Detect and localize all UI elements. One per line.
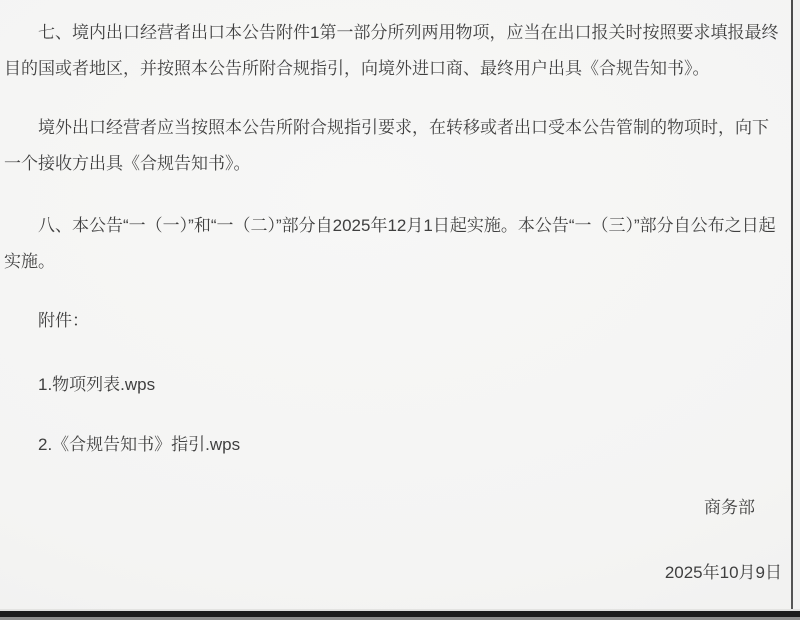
- attachment-item-2: 2.《合规告知书》指引.wps: [4, 427, 782, 463]
- attachments-label: 附件：: [4, 303, 782, 339]
- photo-right-edge-line: [791, 0, 793, 612]
- attachment-item-1: 1.物项列表.wps: [4, 367, 782, 403]
- issuer-signature: 商务部: [704, 490, 755, 526]
- paragraph-article-7: 七、境内出口经营者出口本公告附件1第一部分所列两用物项，应当在出口报关时按照要求…: [4, 15, 782, 87]
- issue-date: 2025年10月9日: [665, 555, 782, 591]
- document-photo-page: 七、境内出口经营者出口本公告附件1第一部分所列两用物项，应当在出口报关时按照要求…: [0, 0, 800, 620]
- paragraph-overseas-operators: 境外出口经营者应当按照本公告所附合规指引要求，在转移或者出口受本公告管制的物项时…: [4, 110, 782, 182]
- paragraph-article-8-effective-date: 八、本公告“一（一）”和“一（二）”部分自2025年12月1日起实施。本公告“一…: [4, 208, 782, 280]
- photo-right-margin: [793, 0, 800, 612]
